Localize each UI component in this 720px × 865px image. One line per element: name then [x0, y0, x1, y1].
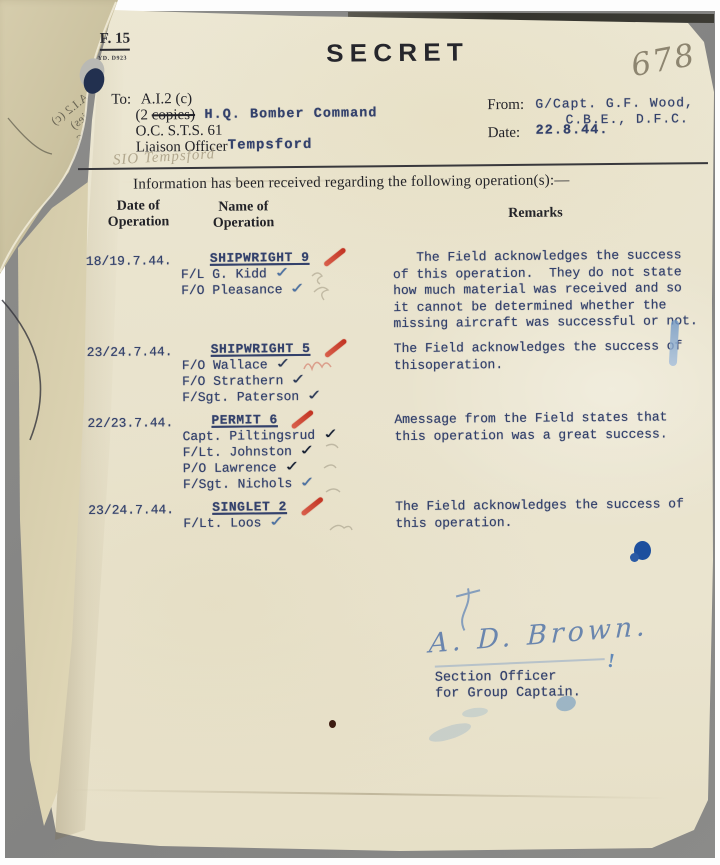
- form-number-stamp: F. 15: [100, 31, 130, 51]
- names-cell: PERMIT 6Capt. Piltingsrud✓F/Lt. Johnston…: [179, 411, 395, 493]
- pencil-scribble: [318, 438, 352, 508]
- classification-heading: SECRET: [326, 38, 469, 68]
- date-cell: 18/19.7.44.: [86, 251, 179, 336]
- column-header-date: Date of Operation: [88, 198, 188, 231]
- check-icon: ✓: [299, 443, 315, 460]
- table-row: 23/24.7.44.SHIPWRIGHT 5F/O Wallace✓F/O S…: [87, 337, 716, 407]
- to-addressee: A.I.2 (c): [141, 91, 192, 107]
- ink-mark-exclamation: !: [606, 650, 616, 674]
- remarks-cell: The Field acknowledges the success of th…: [395, 495, 716, 532]
- red-pencil-scribble: [300, 355, 336, 375]
- table-row: 18/19.7.44.SHIPWRIGHT 9F/L G. Kidd✓F/O P…: [86, 246, 715, 336]
- copies-insert-typed: H.Q. Bomber Command: [204, 106, 377, 123]
- remarks-cell: The Field acknowledges the success of th…: [394, 337, 716, 404]
- signature-underline: [435, 658, 605, 667]
- intro-line: Information has been received regarding …: [133, 172, 570, 193]
- crew-name: F/Sgt. Nichols: [183, 476, 292, 492]
- to-label: To:: [111, 92, 131, 108]
- date-cell: 23/24.7.44.: [87, 342, 180, 407]
- pencil-scribble: [326, 518, 356, 538]
- operation-name: PERMIT 6: [211, 412, 278, 428]
- operation-name: SHIPWRIGHT 5: [211, 341, 311, 357]
- date-label: Date:: [488, 125, 521, 142]
- check-icon: ✓: [307, 388, 323, 405]
- column-header-remarks: Remarks: [480, 205, 590, 222]
- crew-name: F/O Strathern: [182, 373, 284, 389]
- remarks-cell: The Field acknowledges the success of th…: [393, 246, 715, 333]
- brown-speck: [329, 720, 336, 728]
- check-icon: ✓: [269, 514, 285, 531]
- crew-name: F/Lt. Johnston: [183, 444, 292, 460]
- crew-name: F/Sgt. Paterson: [182, 389, 299, 405]
- date-cell: 23/24.7.44.: [88, 500, 180, 535]
- form-number-small-print: YD. D923: [98, 56, 127, 62]
- names-cell: SHIPWRIGHT 9F/L G. Kidd✓F/O Pleasance✓: [178, 249, 394, 335]
- page-number-annotation: 678: [628, 37, 699, 84]
- names-cell: SHIPWRIGHT 5F/O Wallace✓F/O Strathern✓F/…: [179, 340, 395, 406]
- crew-name: F/L G. Kidd: [181, 266, 267, 282]
- table-row: 23/24.7.44.SINGLET 2F/Lt. Loos✓The Field…: [88, 495, 716, 535]
- operations-table: 18/19.7.44.SHIPWRIGHT 9F/L G. Kidd✓F/O P…: [86, 246, 717, 542]
- operation-name: SINGLET 2: [212, 499, 287, 515]
- remarks-cell: Amessage from the Field states that this…: [394, 408, 716, 491]
- table-row: 22/23.7.44.PERMIT 6Capt. Piltingsrud✓F/L…: [87, 408, 716, 494]
- crew-name: P/O Lawrence: [183, 460, 277, 476]
- crew-name: F/O Wallace: [182, 357, 268, 373]
- date-cell: 22/23.7.44.: [87, 413, 180, 494]
- crew-name: F/O Pleasance: [181, 282, 283, 298]
- from-value: G/Capt. G.F. Wood,: [535, 95, 694, 112]
- check-icon: ✓: [290, 281, 306, 298]
- copies-prefix: (2: [135, 107, 151, 123]
- crew-name: Capt. Piltingsrud: [182, 428, 315, 444]
- column-header-name: Name of Operation: [193, 199, 293, 232]
- page-content: F. 15 YD. D923 SECRET 678 To: A.I.2 (c) …: [0, 0, 720, 865]
- from-label: From:: [487, 97, 524, 114]
- red-check-icon: [291, 409, 314, 429]
- crew-name: F/Lt. Loos: [183, 515, 261, 531]
- date-value: 22.8.44.: [536, 123, 609, 139]
- copies-struck: copies): [152, 107, 195, 123]
- to-copies-line: (2 copies): [135, 107, 195, 125]
- check-icon: ✓: [275, 356, 291, 373]
- pencil-scribble: [308, 268, 348, 304]
- red-check-icon: [323, 247, 346, 267]
- check-icon: ✓: [300, 475, 316, 492]
- check-icon: ✓: [274, 265, 290, 282]
- check-icon: ✓: [284, 459, 300, 476]
- to-line4-insert-typed: Tempsford: [228, 137, 313, 154]
- ink-blot: [630, 553, 639, 562]
- operation-name: SHIPWRIGHT 9: [210, 250, 310, 266]
- names-cell: SINGLET 2F/Lt. Loos✓: [180, 498, 395, 534]
- scanned-document-photo: To: A.I.2 (c) (2 copies) O.C. S.T.S. Lia…: [0, 0, 720, 865]
